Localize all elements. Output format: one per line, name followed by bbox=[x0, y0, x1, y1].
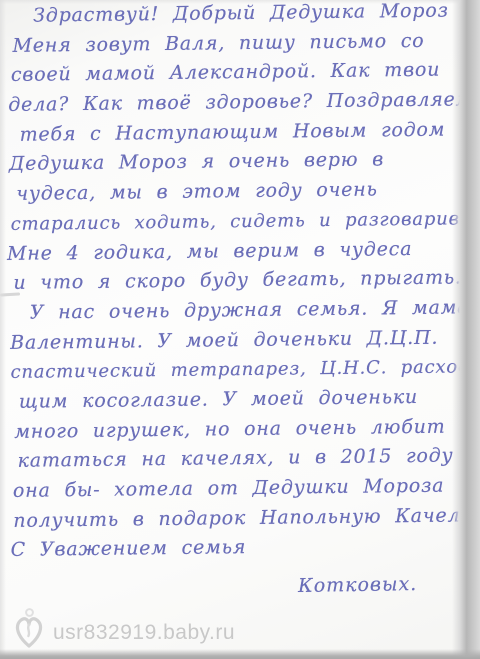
watermark-text: usr832919.baby.ru bbox=[53, 613, 235, 645]
watermark: usr832919.baby.ru bbox=[12, 608, 235, 650]
scan-edge-left bbox=[0, 0, 6, 659]
baby-ru-heart-logo-icon bbox=[12, 608, 46, 650]
scan-edge-bottom bbox=[0, 649, 480, 659]
letter-page: Здраствуй! Добрый Дедушка Мороз !!! Меня… bbox=[0, 0, 480, 659]
scan-edge-right bbox=[452, 0, 480, 659]
letter-line: получить в подарок Напольную Качелю. bbox=[6, 501, 480, 537]
signature: Котковых. bbox=[298, 573, 418, 597]
letter-body: Здраствуй! Добрый Дедушка Мороз !!! Меня… bbox=[0, 0, 480, 566]
letter-line: С Уважением семья bbox=[7, 530, 480, 566]
scan-edge-top bbox=[0, 0, 480, 4]
